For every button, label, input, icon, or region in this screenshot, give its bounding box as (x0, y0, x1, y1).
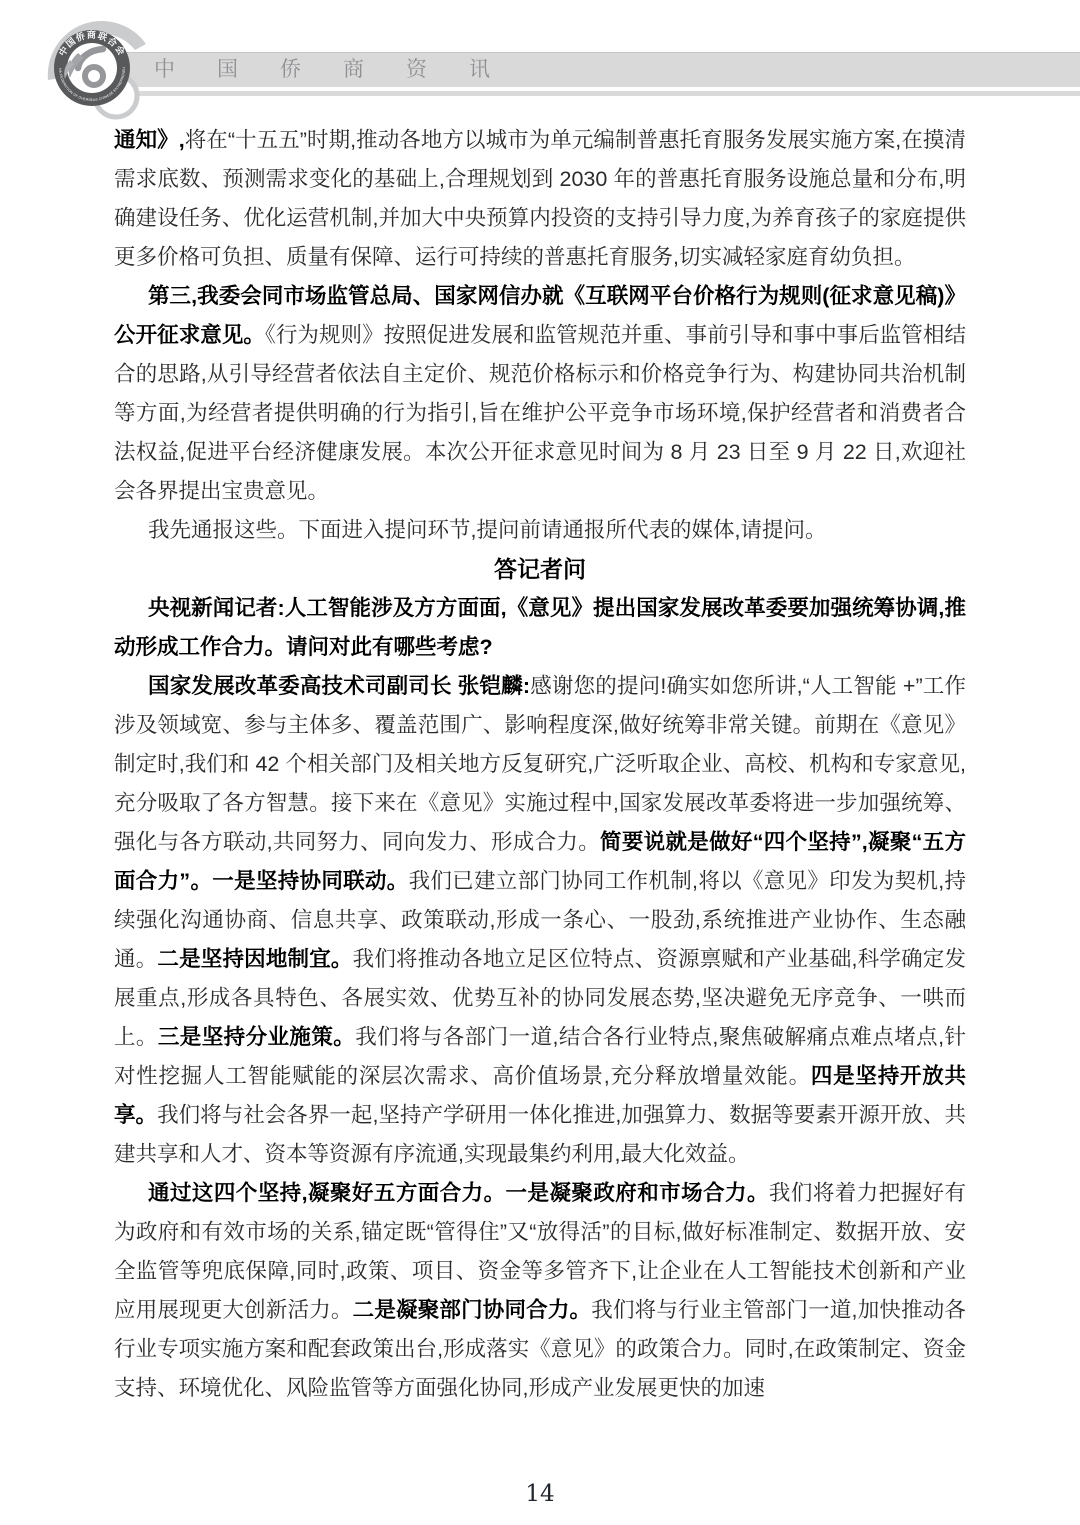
section-heading: 答记者问 (114, 550, 966, 589)
paragraph: 通过这四个坚持,凝聚好五方面合力。一是凝聚政府和市场合力。我们将着力把握好有为政… (114, 1174, 966, 1408)
article-body: 通知》,将在“十五五”时期,推动各地方以城市为单元编制普惠托育服务发展实施方案,… (114, 121, 966, 1408)
paragraph: 通知》,将在“十五五”时期,推动各地方以城市为单元编制普惠托育服务发展实施方案,… (114, 121, 966, 277)
bold-text-run: 国家发展改革委高技术司副司长 张铠麟: (148, 674, 530, 698)
publication-title: 中国侨商资讯 (154, 53, 532, 86)
text-run: 我先通报这些。下面进入提问环节,提问前请通报所代表的媒体,请提问。 (148, 518, 826, 542)
bold-text-run: 二是坚持因地制宜。 (157, 947, 352, 971)
document-page: 中国侨商资讯 中国侨商联合会 CHINA FEDERATION OF OVERS… (0, 0, 1080, 1525)
federation-logo: 中国侨商联合会 CHINA FEDERATION OF OVERSEAS CHI… (34, 4, 194, 134)
bold-text-run: 央视新闻记者:人工智能涉及方方面面,《意见》提出国家发展改革委要加强统筹协调,推… (114, 596, 966, 659)
text-run: 我们将与社会各界一起,坚持产学研用一体化推进,加强算力、数据等要素开源开放、共建… (114, 1103, 966, 1166)
paragraph: 央视新闻记者:人工智能涉及方方面面,《意见》提出国家发展改革委要加强统筹协调,推… (114, 589, 966, 667)
bold-text-run: 三是坚持分业施策。 (158, 1025, 355, 1049)
header-underline (106, 91, 1080, 96)
paragraph: 第三,我委会同市场监管总局、国家网信办就《互联网平台价格行为规则(征求意见稿)》… (114, 277, 966, 511)
text-run: 感谢您的提问!确实如您所讲,“人工智能 +”工作涉及领域宽、参与主体多、覆盖范围… (114, 674, 966, 854)
page-number: 14 (0, 1481, 1080, 1507)
paragraph: 我先通报这些。下面进入提问环节,提问前请通报所代表的媒体,请提问。 (114, 511, 966, 550)
header-band: 中国侨商资讯 (92, 52, 1080, 87)
text-run: 将在“十五五”时期,推动各地方以城市为单元编制普惠托育服务发展实施方案,在摸清需… (114, 128, 966, 269)
paragraph: 国家发展改革委高技术司副司长 张铠麟:感谢您的提问!确实如您所讲,“人工智能 +… (114, 667, 966, 1174)
bold-text-run: 通过这四个坚持,凝聚好五方面合力。一是凝聚政府和市场合力。 (148, 1181, 769, 1205)
bold-text-run: 通知》, (114, 128, 185, 152)
bold-text-run: 二是凝聚部门协同合力。 (353, 1298, 592, 1322)
text-run: 《行为规则》按照促进发展和监管规范并重、事前引导和事中事后监管相结合的思路,从引… (114, 323, 966, 503)
